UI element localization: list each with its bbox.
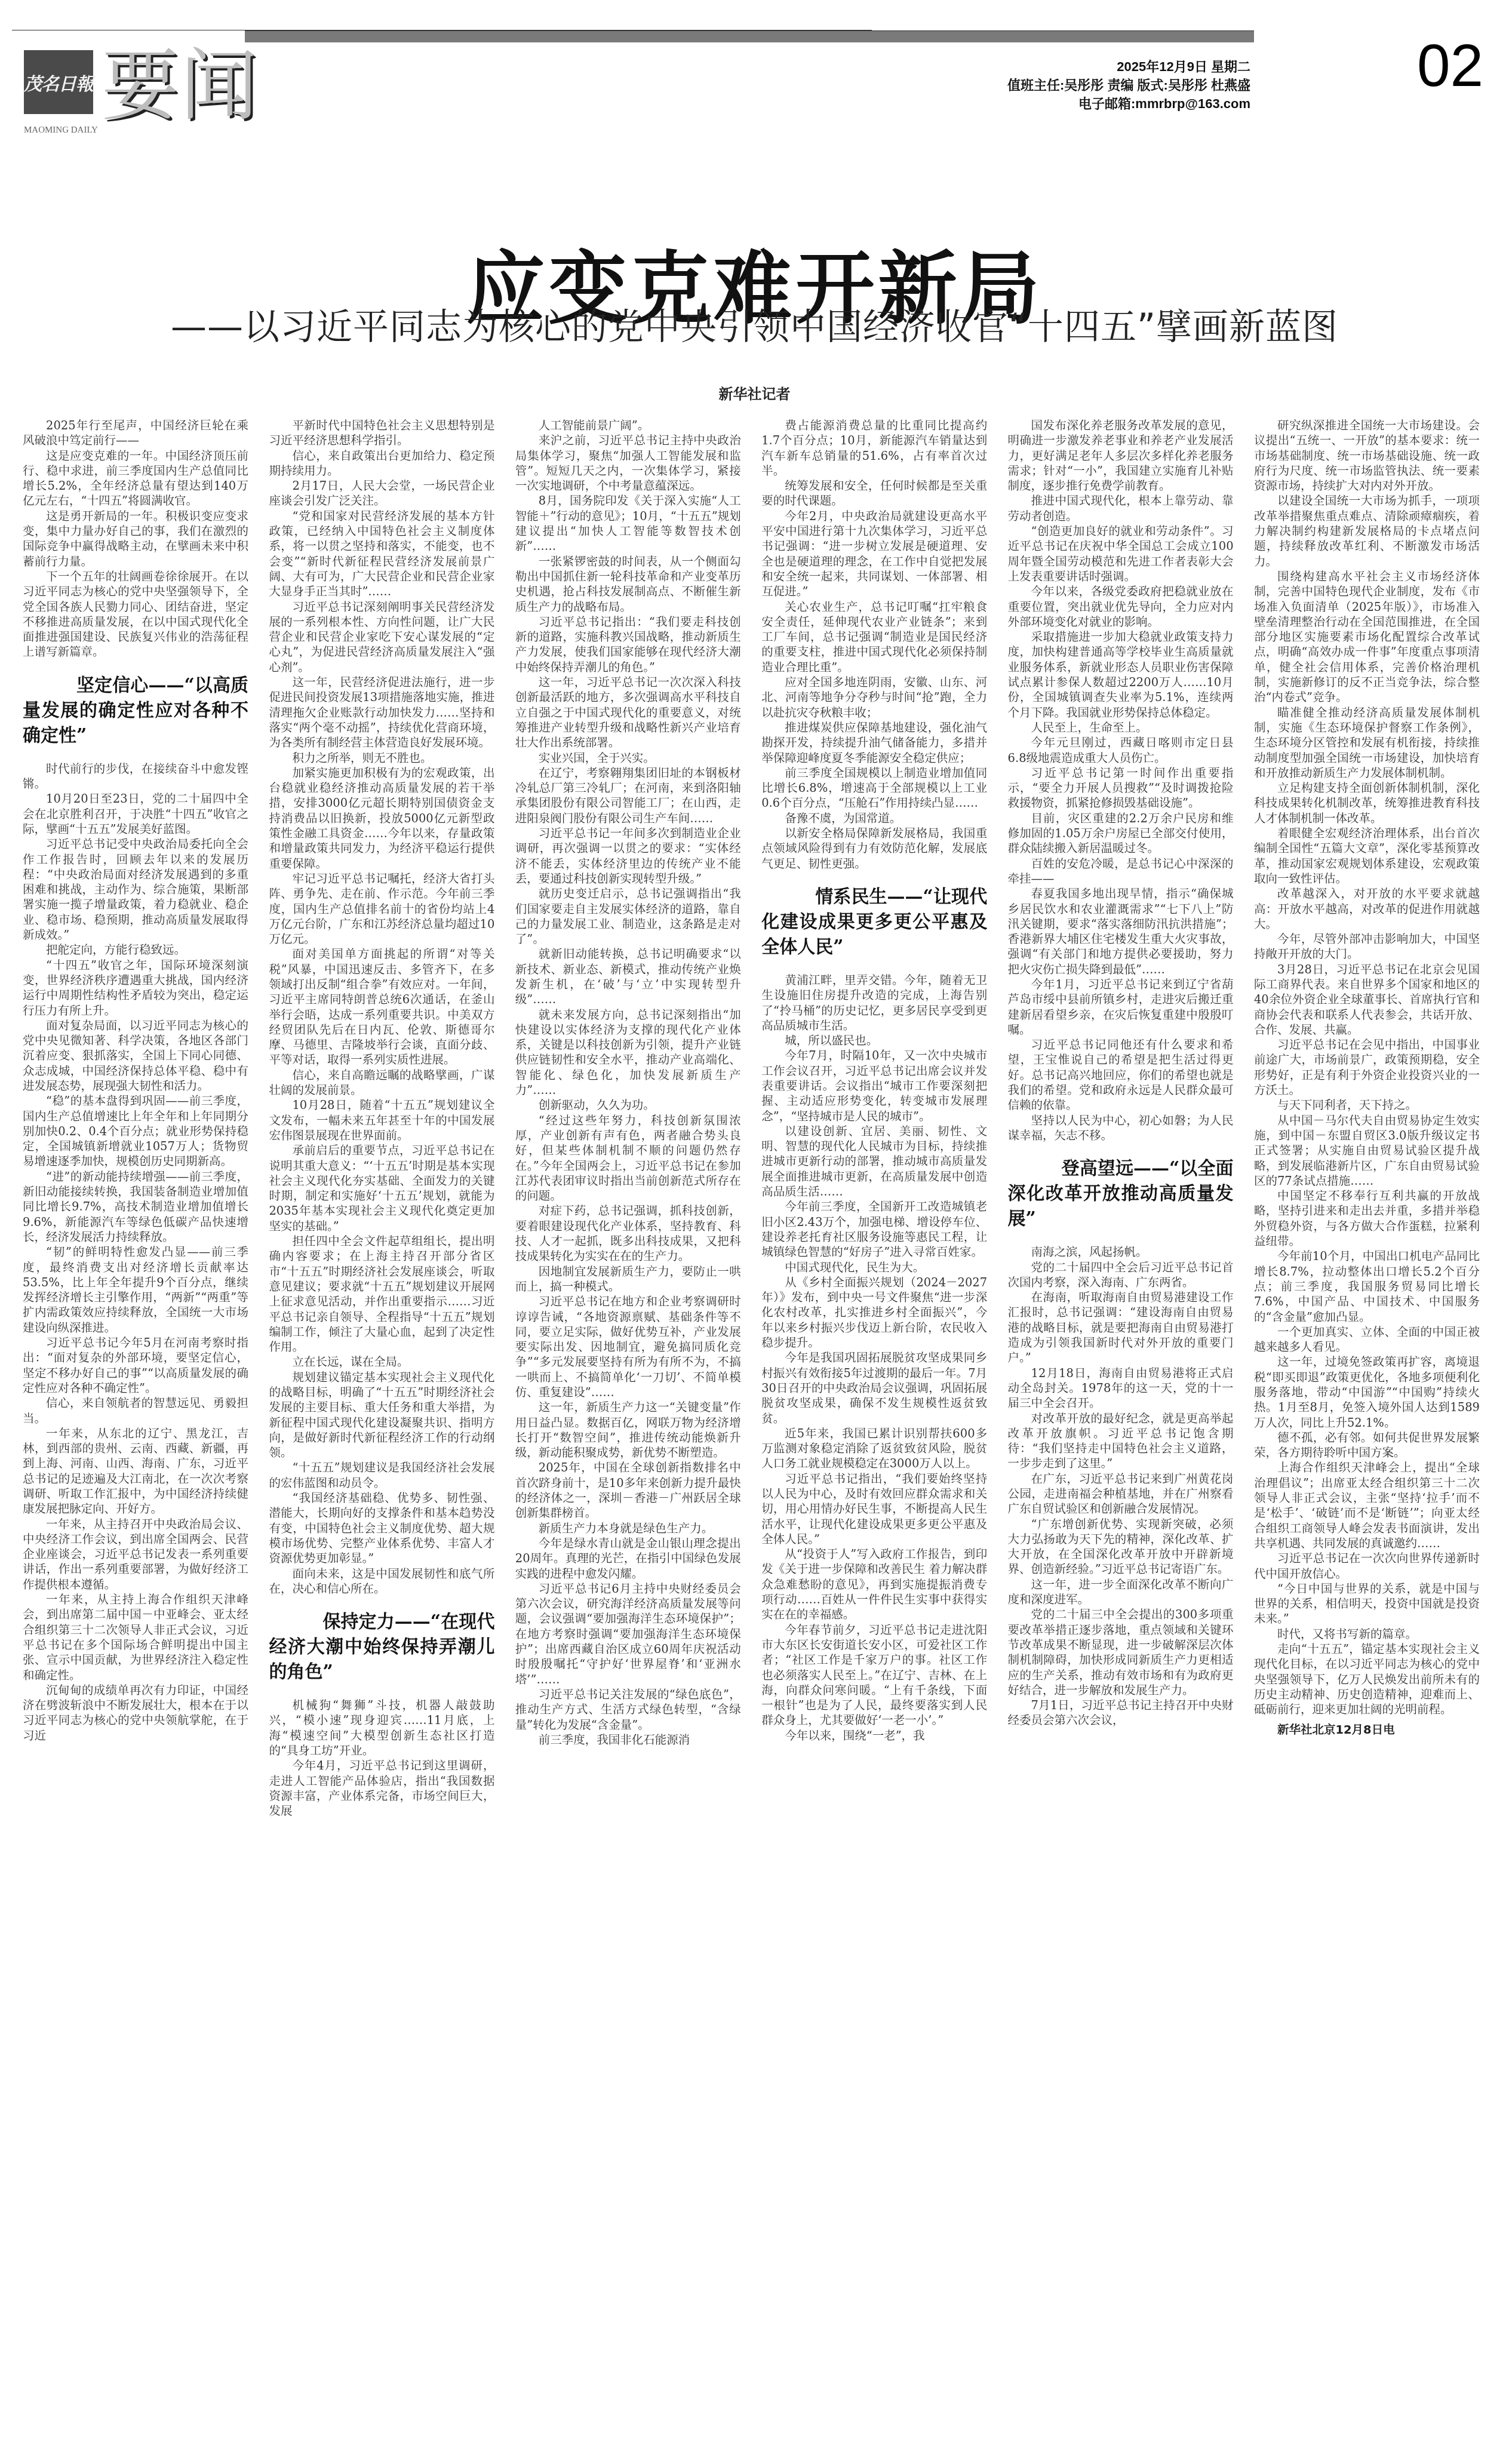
paragraph: 百姓的安危冷暖，是总书记心中深深的牵挂—— (1008, 856, 1234, 887)
paragraph: 今年7月，时隔10年，又一次中央城市工作会议召开，习近平总书记出席会议并发表重要… (761, 1048, 987, 1123)
paragraph: 习近平总书记深刻阐明事关民营经济发展的一系列根本性、方向性问题，让广大民营企业和… (269, 600, 494, 675)
paragraph: 积力之所举，则无不胜也。 (269, 751, 494, 766)
paragraph: 在广东，习近平总书记来到广州黄花岗公园，走进南福会种植基地，并在广州察看广东自贸… (1008, 1471, 1234, 1517)
paragraph: 习近平总书记指出，“我们要始终坚持以人民为中心，及时有效回应群众需求和关切，用心… (761, 1471, 987, 1547)
paragraph: 对改革开放的最好纪念，就是更高举起改革开放旗帜。习近平总书记饱含期待：“我们坚持… (1008, 1411, 1234, 1471)
paragraph: 前三季度全国规模以上制造业增加值同比增长6.8%，增速高于全部规模以上工业0.6… (761, 766, 987, 811)
paragraph: “十四五”收官之年，国际环境深刻演变，世界经济秩序遭遇重大挑战，国内经济运行中周… (23, 958, 248, 1018)
paragraph: 今年前10个月，中国出口机电产品同比增长8.7%，拉动整体出口增长5.2个百分点… (1254, 1249, 1480, 1324)
paragraph: 一年来，从主持召开中央政治局会议、中央经济工作会议，到出席全国两会、民营企业座谈… (23, 1517, 248, 1592)
paragraph: 国发布深化养老服务改革发展的意见，明确进一步激发养老事业和养老产业发展活力，更好… (1008, 418, 1234, 493)
paragraph: 就新旧动能转换，总书记明确要求“以新技术、新业态、新模式，推动传统产业焕发新生机… (515, 947, 741, 1007)
paragraph: 这一年，民营经济促进法施行，进一步促进民间投资发展13项措施落地实施，推进清理拖… (269, 675, 494, 750)
paragraph: 从“投资于人”写入政府工作报告，到印发《关于进一步保障和改善民生 着力解决群众急… (761, 1547, 987, 1622)
paragraph: 人民至上，生命至上。 (1008, 720, 1234, 735)
paragraph: 应对全国多地连阴雨，安徽、山东、河北、河南等地争分夺秒与时间“抢”跑，全力以赴抗… (761, 675, 987, 720)
section-title: 要闻 (102, 47, 259, 124)
paragraph: 沉甸甸的成绩单再次有力印证，中国经济在劈波斩浪中不断发展壮大，根本在于以习近平同… (23, 1683, 248, 1743)
paragraph: 面对美国单方面挑起的所谓“对等关税”风暴，中国迅速反击、多管齐下，在多领域打出反… (269, 947, 494, 1067)
paragraph: 这一年，习近平总书记一次次深入科技创新最活跃的地方，多次强调高水平科技自立自强之… (515, 675, 741, 750)
paragraph: 担任四中全会文件起草组组长，提出明确内容要求；在上海主持召开部分省区市“十五五”… (269, 1234, 494, 1354)
paragraph: 习近平总书记6月主持中央财经委员会第六次会议，研究海洋经济高质量发展等问题，会议… (515, 1581, 741, 1687)
paragraph: “经过这些年努力，科技创新氛围浓厚，产业创新有声有色，两者融合势头良好，但某些体… (515, 1113, 741, 1204)
header-bar (245, 30, 1254, 42)
paragraph: 今年是我国巩固拓展脱贫攻坚成果同乡村振兴有效衔接5年过渡期的最后一年。7月30日… (761, 1350, 987, 1425)
paragraph: “广东增创新优势、实现新突破，必须大力弘扬敢为天下先的精神，深化改革、扩大开放，… (1008, 1517, 1234, 1577)
paragraph: 习近平总书记一年间多次到制造业企业调研，再次强调一以贯之的要求：“实体经济不能丢… (515, 826, 741, 886)
paragraph: “稳”的基本盘得到巩固——前三季度，国内生产总值增速比上年全年和上年同期分别加快… (23, 1093, 248, 1169)
paragraph: 规划建议锚定基本实现社会主义现代化的战略目标，明确了“十五五”时期经济社会发展的… (269, 1370, 494, 1461)
paragraph: 在辽宁，考察翱翔集团旧址的本钢板材冷轧总厂第三冷轧厂；在河南，来到洛阳轴承集团股… (515, 766, 741, 826)
paragraph: 与天下同利者，天下持之。 (1254, 1098, 1480, 1113)
paragraph: 信心，来自高瞻远瞩的战略擘画，广谋壮阔的发展前景。 (269, 1068, 494, 1098)
paragraph: 3月28日，习近平总书记在北京会见国际工商界代表。来自世界多个国家和地区的40余… (1254, 962, 1480, 1037)
paragraph: 习近平总书记在会见中指出，中国事业前途广大，市场前景广，政策预期稳，安全形势好，… (1254, 1037, 1480, 1098)
paragraph: 对症下药，总书记强调，抓科技创新，要着眼建设现代化产业体系，坚持教育、科技、人才… (515, 1203, 741, 1264)
column-6: 研究纵深推进全国统一大市场建设。会议提出“五统一、一开放”的基本要求：统一市场基… (1254, 418, 1480, 2448)
paragraph: 从《乡村全面振兴规划（2024－2027年）》发布，到中央一号文件聚焦“进一步深… (761, 1275, 987, 1350)
edition-meta: 2025年12月9日 星期二 值班主任:吴彤彤 责编 版式:吴彤彤 杜燕盛 电子… (1007, 57, 1250, 113)
paragraph: 关心农业生产，总书记叮嘱“扛牢粮食安全责任，延伸现代农业产业链条”；来到工厂车间… (761, 600, 987, 675)
paragraph: 以建设全国统一大市场为抓手，一项项改革举措聚焦重点难点、清除顽瘴痼疾，着力解决制… (1254, 493, 1480, 569)
paragraph: 习近平总书记在一次次向世界传递新时代中国开放信心。 (1254, 1551, 1480, 1581)
paragraph: “今日中国与世界的关系，就是中国与世界的关系，相信明天，投资中国就是投资未来。” (1254, 1581, 1480, 1627)
paragraph: 备豫不虞，为国常道。 (761, 811, 987, 826)
paragraph: 立在长远，谋在全局。 (269, 1354, 494, 1369)
paragraph: 习近平总书记受中央政治局委托向全会作工作报告时，回顾去年以来的发展历程：“中央政… (23, 837, 248, 942)
section-heading: 坚定信心——“以高质量发展的确定性应对各种不确定性” (23, 673, 248, 748)
paragraph: 把舵定向，方能行稳致远。 (23, 942, 248, 957)
paragraph: “韧”的鲜明特性愈发凸显——前三季度，最终消费支出对经济增长贡献率达53.5%，… (23, 1245, 248, 1335)
paragraph: 机械狗“舞狮”斗技，机器人敲鼓助兴，“模小速”现身迎宾……11月底，上海“模速空… (269, 1698, 494, 1758)
paragraph: “进”的新动能持续增强——前三季度，新旧动能接续转换，我国装备制造业增加值同比增… (23, 1169, 248, 1245)
paragraph: 一年来，从东北的辽宁、黑龙江，吉林，到西部的贵州、云南、西藏、新疆，再到上海、河… (23, 1426, 248, 1517)
paragraph: 今年4月，习近平总书记到这里调研，走进人工智能产品体验店，指出“我国数据资源丰富… (269, 1758, 494, 1818)
paragraph: 承前启后的重要节点，习近平总书记在说明其重大意义：“‘十五五’时期是基本实现社会… (269, 1143, 494, 1234)
paragraph: 创新驱动，久久为功。 (515, 1098, 741, 1113)
paragraph: 今年是绿水青山就是金山银山理念提出20周年。真理的光芒，在指引中国绿色发展实践的… (515, 1536, 741, 1581)
paragraph: 今年，尽管外部冲击影响加大，中国坚持敞开开放的大门。 (1254, 932, 1480, 962)
paragraph: 采取措施进一步加大稳就业政策支持力度，加快构建普通高等学校毕业生高质量就业服务体… (1008, 629, 1234, 720)
paragraph: 12月18日，海南自由贸易港将正式启动全岛封关。1978年的这一天，党的十一届三… (1008, 1366, 1234, 1411)
paragraph: 习近平总书记在地方和企业考察调研时谆谆告诫，“各地资源禀赋、基础条件等不同，要立… (515, 1294, 741, 1400)
paragraph: 因地制宜发展新质生产力，要防止一哄而上，搞一种模式。 (515, 1264, 741, 1295)
masthead: 茂名日報 MAOMING DAILY 要闻 2025年12月9日 星期二 值班主… (0, 0, 1509, 149)
paragraph: 10月28日，随着“十五五”规划建议全文发布，一幅未来五年甚至十年的中国发展宏伟… (269, 1098, 494, 1143)
column-1: 2025年行至尾声，中国经济巨轮在乘风破浪中笃定前行——这是应变克难的一年。中国… (23, 418, 248, 2448)
paragraph: 立足构建支持全面创新体制机制，深化科技成果转化机制改革，统筹推进教育科技人才体制… (1254, 781, 1480, 826)
dateline: 新华社北京12月8日电 (1254, 1722, 1480, 1737)
paragraph: 习近平总书记同他还有什么要求和希望，王宝惟说自己的希望是把生活过得更好。总书记高… (1008, 1037, 1234, 1113)
paragraph: 中国式现代化，民生为大。 (761, 1260, 987, 1275)
paragraph: 人工智能前景广阔”。 (515, 418, 741, 433)
paragraph: 南海之滨，风起扬帆。 (1008, 1245, 1234, 1259)
paragraph: 从中国－马尔代夫自由贸易协定生效实施，到中国－东盟自贸区3.0版升级议定书正式签… (1254, 1113, 1480, 1188)
paragraph: 平新时代中国特色社会主义思想特别是习近平经济思想科学指引。 (269, 418, 494, 448)
contact-email: 电子邮箱:mmrbrp@163.com (1007, 94, 1250, 113)
paragraph: “党和国家对民营经济发展的基本方针政策，已经纳入中国特色社会主义制度体系，将一以… (269, 509, 494, 600)
paragraph: 走向“十五五”，锚定基本实现社会主义现代化目标，在以习近平同志为核心的党中央坚强… (1254, 1642, 1480, 1717)
paragraph: 党的二十届三中全会提出的300多项重要改革举措正逐步落地，重点领域和关键环节改革… (1008, 1607, 1234, 1698)
paragraph: 中国坚定不移奉行互利共赢的开放战略，坚持引进来和走出去并重，多措并举稳外贸稳外资… (1254, 1188, 1480, 1249)
paragraph: 改革越深入，对开放的水平要求就越高：开放水平越高，对改革的促进作用就越大。 (1254, 886, 1480, 932)
paragraph: 一个更加真实、立体、全面的中国正被越来越多人看见。 (1254, 1325, 1480, 1355)
paragraph: 黄浦江畔，里弄交错。今年，随着无卫生设施旧住房提升改造的完成，上海告别了“拎马桶… (761, 973, 987, 1033)
paragraph: 2025年行至尾声，中国经济巨轮在乘风破浪中笃定前行—— (23, 418, 248, 448)
paragraph: 着眼健全宏观经济治理体系，出台首次编制全国性“五篇大文章”，深化零基预算改革，推… (1254, 826, 1480, 886)
paragraph: 面对复杂局面，以习近平同志为核心的党中央见微知著、科学决策，各地区各部门沉着应变… (23, 1018, 248, 1093)
page-number: 02 (1417, 36, 1483, 96)
logo-chinese: 茂名日報 (24, 69, 93, 96)
paragraph: 一张紧锣密鼓的时间表，从一个侧面勾勒出中国抓住新一轮科技革命和产业变革历史机遇，… (515, 554, 741, 615)
paragraph: 2025年，中国在全球创新指数排名中首次跻身前十，是10多年来创新力提升最快的经… (515, 1460, 741, 1520)
paragraph: 习近平总书记第一时间作出重要指示，“要全力开展人员搜救”“及时调拨抢险救援物资，… (1008, 766, 1234, 811)
paragraph: 就未来发展方向，总书记深刻指出“加快建设以实体经济为支撑的现代化产业体系，关键是… (515, 1007, 741, 1098)
paragraph: 上海合作组织天津峰会上，提出“全球治理倡议”；出席亚太经合组织第三十二次领导人非… (1254, 1460, 1480, 1551)
paragraph: 来沪之前，习近平总书记主持中央政治局集体学习，聚焦“加强人工智能发展和监管”。短… (515, 433, 741, 493)
paragraph: 加紧实施更加积极有为的宏观政策，出台稳就业稳经济推动高质量发展的若干举措，安排3… (269, 766, 494, 871)
paragraph: 研究纵深推进全国统一大市场建设。会议提出“五统一、一开放”的基本要求：统一市场基… (1254, 418, 1480, 493)
paragraph: 在海南，听取海南自由贸易港建设工作汇报时，总书记强调：“建设海南自由贸易港的战略… (1008, 1290, 1234, 1365)
article-byline: 新华社记者 (0, 382, 1509, 403)
paragraph: 信心，来自政策出台更加给力、稳定预期持续用力。 (269, 448, 494, 479)
paragraph: 就历史变迁启示，总书记强调指出“我们国家要走自主发展实体经济的道路，靠自己的力量… (515, 886, 741, 947)
paragraph: 城，所以盛民也。 (761, 1033, 987, 1048)
paragraph: 实业兴国，全于兴实。 (515, 751, 741, 766)
paragraph: 2月17日，人民大会堂，一场民营企业座谈会引发广泛关注。 (269, 478, 494, 509)
paragraph: 下一个五年的壮阔画卷徐徐展开。在以习近平同志为核心的党中央坚强领导下，全党全国各… (23, 569, 248, 660)
column-2: 平新时代中国特色社会主义思想特别是习近平经济思想科学指引。信心，来自政策出台更加… (269, 418, 494, 2448)
paragraph: 春夏我国多地出现旱情，指示“确保城乡居民饮水和农业灌溉需求”“七下八上”防汛关键… (1008, 886, 1234, 977)
paragraph: 今年以来，各级党委政府把稳就业放在重要位置，突出就业优先导向，全力应对内外部环境… (1008, 584, 1234, 629)
paragraph: 时代，又将书写新的篇章。 (1254, 1627, 1480, 1642)
paragraph: 这是勇开新局的一年。积极识变应变求变，集中力量办好自己的事，我们在激烈的国际竞争… (23, 509, 248, 569)
paragraph: 今年2月，中央政治局就建设更高水平平安中国进行第十九次集体学习，习近平总书记强调… (761, 509, 987, 600)
section-heading: 保持定力——“在现代经济大潮中始终保持弄潮儿的角色” (269, 1609, 494, 1685)
column-3: 人工智能前景广阔”。来沪之前，习近平总书记主持中央政治局集体学习，聚焦“加强人工… (515, 418, 741, 2448)
paragraph: 费占能源消费总量的比重同比提高约1.7个百分点；10月，新能源汽车销量达到汽车新… (761, 418, 987, 478)
editors-credit: 值班主任:吴彤彤 责编 版式:吴彤彤 杜燕盛 (1007, 76, 1250, 94)
section-heading: 登高望远——“以全面深化改革开放推动高质量发展” (1008, 1156, 1234, 1231)
paragraph: “我国经济基础稳、优势多、韧性强、潜能大，长期向好的支撑条件和基本趋势没有变，中… (269, 1491, 494, 1566)
paragraph: 7月1日，习近平总书记主持召开中央财经委员会第六次会议， (1008, 1698, 1234, 1728)
paragraph: “创造更加良好的就业和劳动条件”。习近平总书记在庆祝中华全国总工会成立100周年… (1008, 524, 1234, 584)
paragraph: 习近平总书记指出：“我们要走科技创新的道路，实施科教兴国战略，推动新质生产力发展… (515, 615, 741, 675)
paragraph: 这是应变克难的一年。中国经济顶压前行、稳中求进，前三季度国内生产总值同比增长5.… (23, 448, 248, 509)
article-subheadline: ——以习近平同志为核心的党中央引领中国经济收官“十四五”擘画新蓝图 (0, 309, 1509, 345)
paragraph: 瞄准健全推动经济高质量发展体制机制，实施《生态环境保护督察工作条例》，生态环境分… (1254, 705, 1480, 781)
paragraph: 这一年，新质生产力这一“关键变量”作用日益凸显。数据百亿，网联万物为经济增长打开… (515, 1400, 741, 1460)
paragraph: 近5年来，我国已累计识别帮扶600多万监测对象稳定消除了返贫致贫风险，脱贫人口务… (761, 1426, 987, 1471)
paragraph: 今年前三季度，全国新开工改造城镇老旧小区2.43万个，加强电梯、增设停车位、建设… (761, 1199, 987, 1259)
paragraph: 德不孤，必有邻。如何共促世界发展繁荣，各方期待聆听中国方案。 (1254, 1430, 1480, 1461)
paragraph: 这一年，进一步全面深化改革不断向广度和深度进军。 (1008, 1577, 1234, 1608)
paragraph: “十五五”规划建议是我国经济社会发展的宏伟蓝图和动员令。 (269, 1460, 494, 1491)
section-heading: 情系民生——“让现代化建设成果更多更公平惠及全体人民” (761, 884, 987, 960)
paragraph: 推进煤炭供应保障基地建设，强化油气勘探开发，持续提升油气储备能力，多措并举保障迎… (761, 720, 987, 766)
paragraph: 以新安全格局保障新发展格局，我国重点领域风险得到有力有效防范化解，发展底气更足、… (761, 826, 987, 871)
paragraph: 今年元旦刚过，西藏日喀则市定日县6.8级地震造成重大人员伤亡。 (1008, 735, 1234, 766)
paragraph: 信心，来自领航者的智慧远见、勇毅担当。 (23, 1396, 248, 1426)
paragraph: 8月，国务院印发《关于深入实施“人工智能＋”行动的意见》；10月，“十五五”规划… (515, 493, 741, 554)
paragraph: 统筹发展和安全，任何时候都是至关重要的时代课题。 (761, 478, 987, 509)
issue-date: 2025年12月9日 星期二 (1007, 57, 1250, 76)
paragraph: 今年1月，习近平总书记来到辽宁省葫芦岛市绥中县前所镇乡村，走进灾后搬迁重建新居看… (1008, 977, 1234, 1037)
paragraph: 目前，灾区重建的2.2万余户民房和维修加固的1.05万余户房屋已全部交付使用，群… (1008, 811, 1234, 856)
paragraph: 新质生产力本身就是绿色生产力。 (515, 1521, 741, 1536)
paragraph: 今年以来，围绕“一老”，我 (761, 1728, 987, 1743)
paragraph: 习近平总书记今年5月在河南考察时指出：“面对复杂的外部环境，要坚定信心，坚定不移… (23, 1335, 248, 1396)
paragraph: 以建设创新、宜居、美丽、韧性、文明、智慧的现代化人民城市为目标，持续推进城市更新… (761, 1124, 987, 1199)
newspaper-logo: 茂名日報 (24, 50, 93, 114)
paragraph: 围绕构建高水平社会主义市场经济体制，完善中国特色现代企业制度，发布《市场准入负面… (1254, 569, 1480, 705)
paragraph: 10月20日至23日，党的二十届四中全会在北京胜利召开，于决胜“十四五”收官之际… (23, 791, 248, 837)
paragraph: 前三季度，我国非化石能源消 (515, 1732, 741, 1747)
paragraph: 时代前行的步伐，在接续奋斗中愈发铿锵。 (23, 761, 248, 792)
paragraph: 党的二十届四中全会后习近平总书记首次国内考察，深入海南、广东两省。 (1008, 1260, 1234, 1291)
article-body: 2025年行至尾声，中国经济巨轮在乘风破浪中笃定前行——这是应变克难的一年。中国… (23, 418, 1480, 2448)
logo-english: MAOMING DAILY (24, 125, 93, 136)
paragraph: 这一年，过境免签政策再扩容，离境退税“即买即退”政策更优化，各地多项便利化服务落… (1254, 1354, 1480, 1430)
paragraph: 今年春节前夕，习近平总书记走进沈阳市大东区长安街道长安小区，可爱社区工作者；“社… (761, 1623, 987, 1728)
paragraph: 面向未来，这是中国发展韧性和底气所在，决心和信心所在。 (269, 1566, 494, 1597)
paragraph: 牢记习近平总书记嘱托，经济大省打头阵、勇争先、走在前、作示范。今年前三季度，国内… (269, 871, 494, 947)
paragraph: 习近平总书记关注发展的“绿色底色”，推动生产方式、生活方式绿色转型，“含绿量”转… (515, 1687, 741, 1732)
paragraph: 一年来，从主持上海合作组织天津峰会，到出席第二届中国－中亚峰会、亚太经合组织第三… (23, 1592, 248, 1683)
column-5: 国发布深化养老服务改革发展的意见，明确进一步激发养老事业和养老产业发展活力，更好… (1008, 418, 1234, 2448)
column-4: 费占能源消费总量的比重同比提高约1.7个百分点；10月，新能源汽车销量达到汽车新… (761, 418, 987, 2448)
paragraph: 坚持以人民为中心，初心如磐；为人民谋幸福，矢志不移。 (1008, 1113, 1234, 1144)
paragraph: 推进中国式现代化，根本上靠劳动、靠劳动者创造。 (1008, 493, 1234, 524)
